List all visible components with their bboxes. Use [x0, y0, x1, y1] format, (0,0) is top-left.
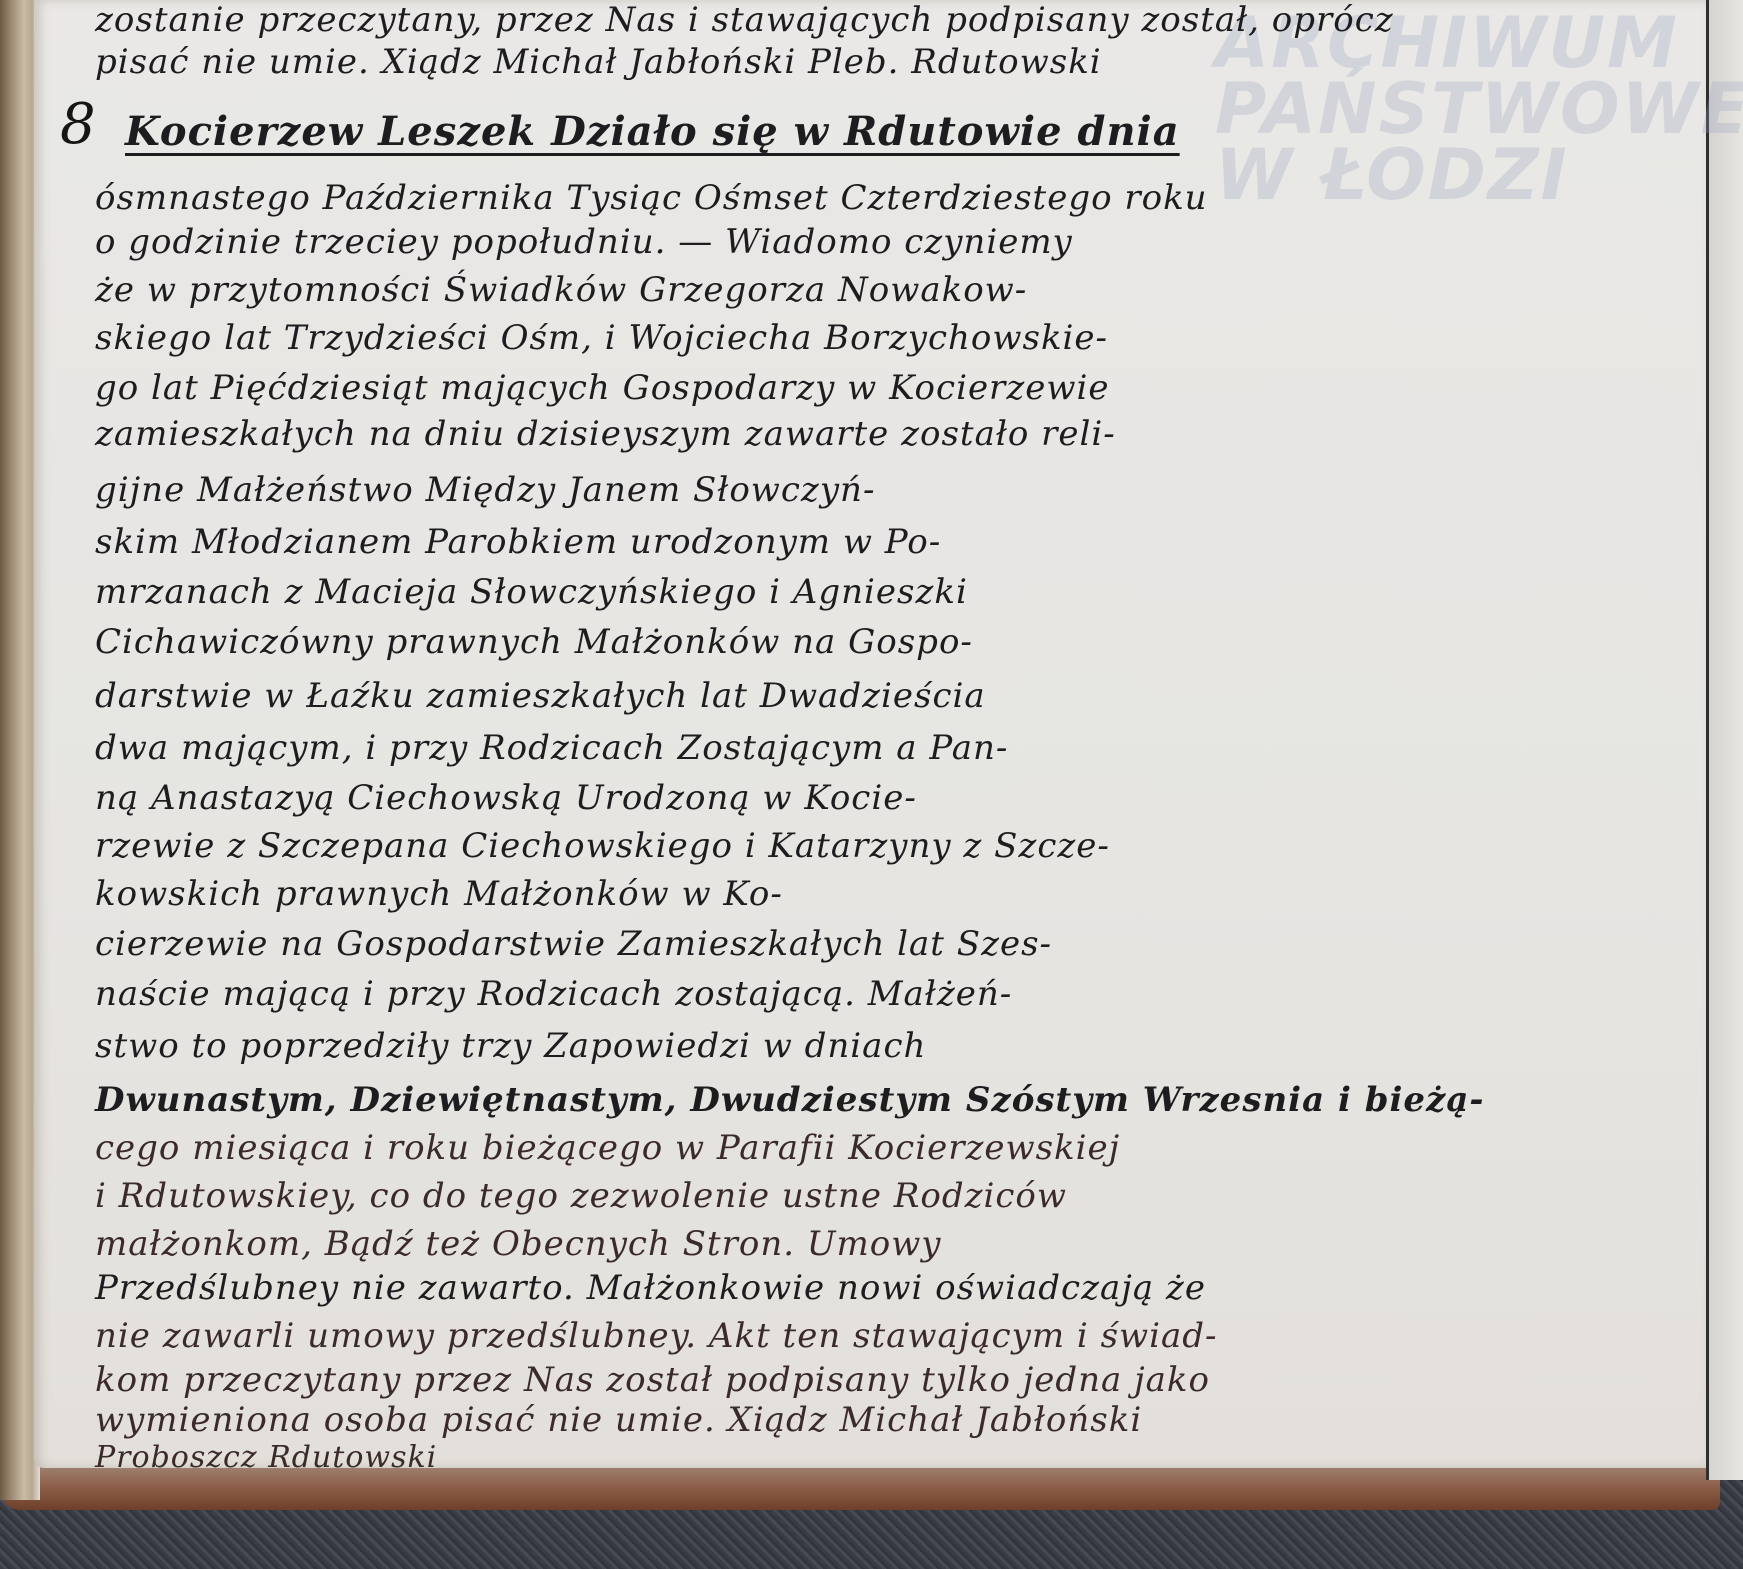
text-line: go lat Pięćdziesiąt mających Gospodarzy …: [95, 368, 1109, 408]
text-line: dwa mającym, i przy Rodzicach Zostającym…: [95, 728, 1008, 768]
text-line: Cichawiczówny prawnych Małżonków na Gosp…: [95, 622, 973, 662]
text-line: ną Anastazyą Ciechowską Urodzoną w Kocie…: [95, 778, 917, 818]
text-line: Przedślubney nie zawarto. Małżonkowie no…: [95, 1268, 1206, 1308]
entry-heading-line: Kocierzew Leszek Działo się w Rdutowie d…: [125, 108, 1180, 155]
text-line: zamieszkałych na dniu dzisieyszym zawart…: [95, 414, 1116, 454]
text-line: nie zawarli umowy przedślubney. Akt ten …: [95, 1316, 1218, 1356]
text-line: darstwie w Łaźku zamieszkałych lat Dwadz…: [95, 676, 986, 716]
text-line: że w przytomności Świadków Grzegorza Now…: [95, 270, 1027, 310]
text-line: stwo to poprzedziły trzy Zapowiedzi w dn…: [95, 1026, 926, 1066]
text-line: gijne Małżeństwo Między Janem Słowczyń-: [95, 470, 875, 510]
text-line: skim Młodzianem Parobkiem urodzonym w Po…: [95, 522, 941, 562]
text-line: ósmnastego Października Tysiąc Ośmset Cz…: [95, 178, 1208, 218]
text-line: o godzinie trzeciey popołudniu. — Wiadom…: [95, 222, 1073, 262]
text-line: pisać nie umie. Xiądz Michał Jabłoński P…: [95, 42, 1102, 82]
text-line: kowskich prawnych Małżonków w Ko-: [95, 874, 783, 914]
text-line: rzewie z Szczepana Ciechowskiego i Katar…: [95, 826, 1110, 866]
text-line: skiego lat Trzydzieści Ośm, i Wojciecha …: [95, 318, 1108, 358]
text-line: Dwunastym, Dziewiętnastym, Dwudziestym S…: [95, 1080, 1485, 1120]
text-line: małżonkom, Bądź też Obecnych Stron. Umow…: [95, 1224, 942, 1264]
text-line: mrzanach z Macieja Słowczyńskiego i Agni…: [95, 572, 968, 612]
text-line: naście mającą i przy Rodzicach zostającą…: [95, 974, 1012, 1014]
text-line: kom przeczytany przez Nas został podpisa…: [95, 1360, 1210, 1400]
text-line: cierzewie na Gospodarstwie Zamieszkałych…: [95, 924, 1052, 964]
next-page-edge: [1706, 0, 1743, 1480]
signature-line: Proboszcz Rdutowski: [95, 1440, 437, 1475]
text-line: i Rdutowskiey, co do tego zezwolenie ust…: [95, 1176, 1067, 1216]
text-line: wymieniona osoba pisać nie umie. Xiądz M…: [95, 1400, 1142, 1440]
entry-number: 8: [60, 92, 96, 157]
text-line: cego miesiąca i roku bieżącego w Parafii…: [95, 1128, 1120, 1168]
text-line: zostanie przeczytany, przez Nas i stawaj…: [95, 0, 1394, 40]
